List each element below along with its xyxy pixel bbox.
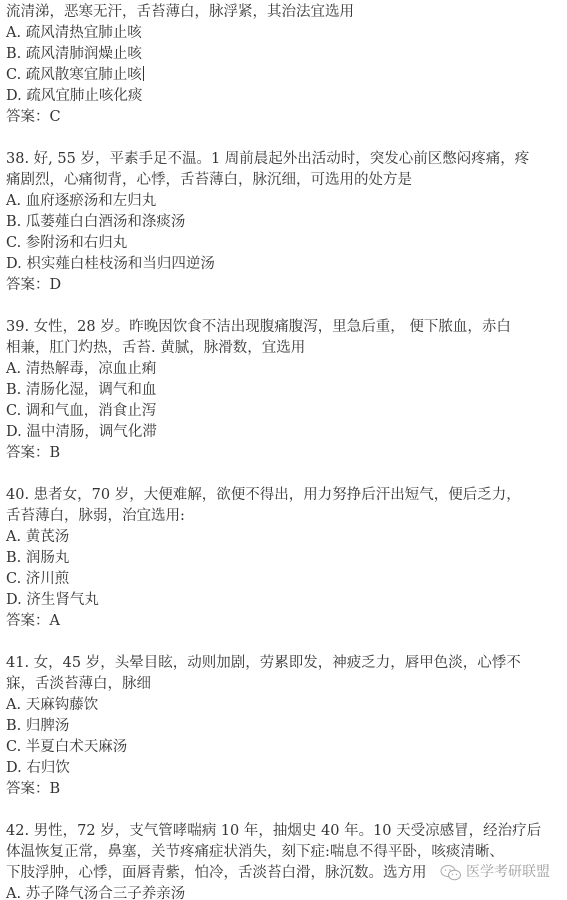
question-stem: 38. 好, 55 岁，平素手足不温。1 周前晨起外出活动时，突发心前区憋闷疼痛… [6, 149, 564, 170]
option-c-text: C. 疏风散寒宜肺止咳 [6, 67, 142, 83]
document-page: 流清涕，恶寒无汗，舌苔薄白，脉浮紧，其治法宜选用 A. 疏风清热宜肺止咳 B. … [6, 2, 564, 900]
option-c: C. 济川煎 [6, 569, 564, 590]
option-a: A. 黄芪汤 [6, 527, 564, 548]
watermark-text: 医学考研联盟 [466, 862, 550, 883]
option-d: D. 右归饮 [6, 758, 564, 779]
question-42: 42. 男性，72 岁，支气管哮喘病 10 年，抽烟史 40 年。10 天受凉感… [6, 821, 564, 900]
question-stem: 39. 女性，28 岁。昨晚因饮食不洁出现腹痛腹泻，里急后重， 便下脓血，赤白 [6, 317, 564, 338]
question-stem: 体温恢复正常，鼻塞，关节疼痛症状消失，刻下症:喘息不得平卧，咳痰清晰、 [6, 842, 564, 863]
watermark: 医学考研联盟 [440, 862, 550, 883]
option-d: D. 济生肾气丸 [6, 590, 564, 611]
option-d: D. 疏风宜肺止咳化痰 [6, 86, 564, 107]
answer: 答案：B [6, 443, 564, 464]
answer: 答案：B [6, 779, 564, 800]
question-stem: 42. 男性，72 岁，支气管哮喘病 10 年，抽烟史 40 年。10 天受凉感… [6, 821, 564, 842]
question-stem: 相兼，肛门灼热，舌苔. 黄腻，脉滑数，宜选用 [6, 338, 564, 359]
option-a: A. 天麻钩藤饮 [6, 695, 564, 716]
question-stem: 41. 女，45 岁，头晕目眩，动则加剧，劳累即发，神疲乏力，唇甲色淡，心悸不 [6, 653, 564, 674]
option-b: B. 润肠丸 [6, 548, 564, 569]
option-b: B. 疏风清肺润燥止咳 [6, 44, 564, 65]
option-d: D. 温中清肠，调气化滞 [6, 422, 564, 443]
question-stem: 流清涕，恶寒无汗，舌苔薄白，脉浮紧，其治法宜选用 [6, 2, 564, 23]
option-d: D. 枳实薤白桂枝汤和当归四逆汤 [6, 254, 564, 275]
text-cursor [143, 66, 144, 81]
option-a: A. 清热解毒，凉血止痢 [6, 359, 564, 380]
question-39: 39. 女性，28 岁。昨晚因饮食不洁出现腹痛腹泻，里急后重， 便下脓血，赤白 … [6, 317, 564, 464]
question-stem: 40. 患者女，70 岁，大便难解，欲便不得出，用力努挣后汗出短气，便后乏力， [6, 485, 564, 506]
option-b: B. 归脾汤 [6, 716, 564, 737]
question-38: 38. 好, 55 岁，平素手足不温。1 周前晨起外出活动时，突发心前区憋闷疼痛… [6, 149, 564, 296]
option-b: B. 清肠化湿，调气和血 [6, 380, 564, 401]
option-c: C. 参附汤和右归丸 [6, 233, 564, 254]
option-b: B. 瓜蒌薤白白酒汤和涤痰汤 [6, 212, 564, 233]
question-37-continuation: 流清涕，恶寒无汗，舌苔薄白，脉浮紧，其治法宜选用 A. 疏风清热宜肺止咳 B. … [6, 2, 564, 128]
answer: 答案：C [6, 107, 564, 128]
question-stem: 舌苔薄白，脉弱，治宜选用: [6, 506, 564, 527]
question-stem: 痛剧烈，心痛彻背，心悸，舌苔薄白，脉沉细，可选用的处方是 [6, 170, 564, 191]
option-c: C. 调和气血，消食止泻 [6, 401, 564, 422]
question-stem: 寐，舌淡苔薄白，脉细 [6, 674, 564, 695]
answer: 答案：D [6, 275, 564, 296]
answer: 答案：A [6, 611, 564, 632]
option-a: A. 苏子降气汤合三子养亲汤 [6, 884, 564, 900]
option-a: A. 血府逐瘀汤和左归丸 [6, 191, 564, 212]
question-41: 41. 女，45 岁，头晕目眩，动则加剧，劳累即发，神疲乏力，唇甲色淡，心悸不 … [6, 653, 564, 800]
question-40: 40. 患者女，70 岁，大便难解，欲便不得出，用力努挣后汗出短气，便后乏力， … [6, 485, 564, 632]
option-c: C. 半夏白术天麻汤 [6, 737, 564, 758]
wechat-icon [440, 864, 462, 882]
option-c: C. 疏风散寒宜肺止咳 [6, 65, 564, 86]
option-a: A. 疏风清热宜肺止咳 [6, 23, 564, 44]
